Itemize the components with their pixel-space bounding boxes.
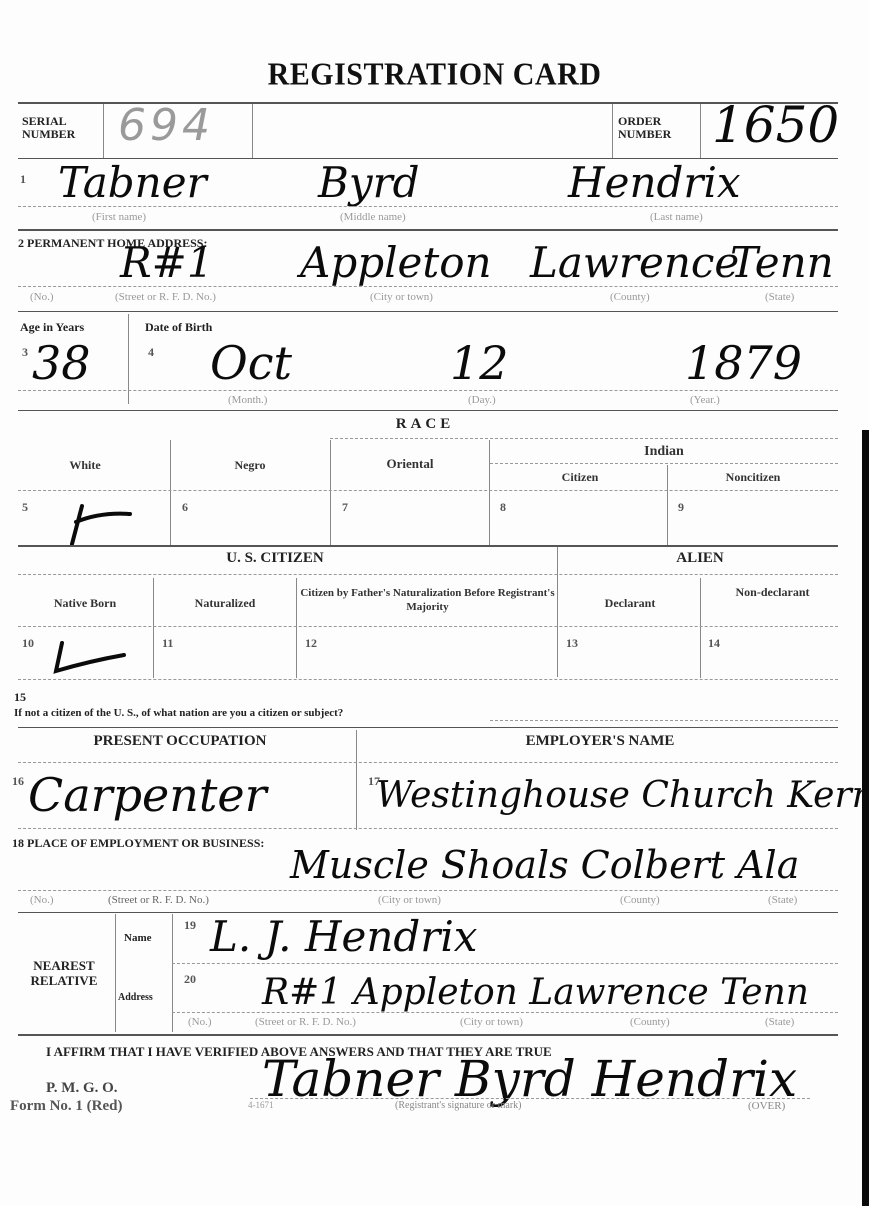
divider (356, 730, 357, 830)
serial-number-value: 694 (118, 100, 214, 151)
age-label: Age in Years (20, 320, 84, 335)
native-born-label: Native Born (20, 596, 150, 611)
caption: (Day.) (468, 394, 496, 406)
divider (18, 679, 838, 680)
divider (250, 1098, 810, 1099)
scan-edge-shadow (862, 430, 869, 1206)
divider (700, 104, 701, 158)
birth-month-value: Oct (210, 336, 292, 390)
divider (170, 440, 171, 545)
caption: (City or town) (378, 894, 441, 906)
caption: (No.) (188, 1016, 212, 1028)
employer-value: Westinghouse Church Kerr Co (376, 775, 869, 816)
race-indian-noncitizen-label: Noncitizen (668, 470, 838, 485)
employment-place-value: Muscle Shoals Colbert Ala (290, 843, 799, 887)
signature-caption: (Registrant's signature or mark) (395, 1100, 522, 1111)
divider (115, 914, 116, 1032)
order-number-label: ORDER NUMBER (618, 115, 698, 141)
divider (172, 963, 838, 964)
field-number: 8 (500, 500, 506, 515)
field-number: 16 (12, 774, 24, 789)
field-number: 13 (566, 636, 578, 651)
divider (103, 104, 104, 158)
divider (18, 762, 838, 763)
relative-name-value: L. J. Hendrix (210, 912, 477, 961)
home-address-city: Appleton (300, 238, 492, 287)
employer-heading: EMPLOYER'S NAME (420, 733, 780, 750)
divider (18, 490, 838, 491)
divider (18, 229, 838, 231)
registrant-signature: Tabner Byrd Hendrix (262, 1050, 797, 1108)
relative-address-label: Address (118, 992, 153, 1003)
field-number: 10 (22, 636, 34, 651)
caption: (State) (765, 291, 794, 303)
us-citizen-heading: U. S. CITIZEN (150, 550, 400, 567)
home-address-state: Tenn (730, 238, 834, 287)
caption: (Month.) (228, 394, 267, 406)
caption: (County) (620, 894, 660, 906)
divider (18, 545, 838, 547)
non-declarant-label: Non-declarant (705, 584, 840, 600)
field-number: 5 (22, 500, 28, 515)
employment-place-label: 18 PLACE OF EMPLOYMENT OR BUSINESS: (12, 836, 264, 851)
checkmark-icon (60, 500, 140, 550)
caption: (County) (630, 1016, 670, 1028)
caption: (Street or R. F. D. No.) (115, 291, 216, 303)
field-number: 20 (184, 972, 196, 987)
field-number: 19 (184, 918, 196, 933)
divider (490, 720, 838, 721)
divider (18, 828, 838, 829)
caption: (Street or R. F. D. No.) (108, 894, 209, 906)
divider (172, 914, 173, 1032)
middle-name-caption: (Middle name) (340, 211, 406, 223)
birth-year-value: 1879 (685, 336, 802, 390)
field-number: 15 (14, 690, 26, 705)
field-number: 1 (20, 172, 26, 187)
last-name-caption: (Last name) (650, 211, 703, 223)
caption: (City or town) (370, 291, 433, 303)
alien-heading: ALIEN (600, 550, 800, 567)
divider (700, 578, 701, 678)
relative-name-label: Name (124, 932, 152, 944)
relative-address-value: R#1 Appleton Lawrence Tenn (262, 972, 809, 1013)
race-white-label: White (20, 458, 150, 473)
field-number: 3 (22, 345, 28, 360)
order-number-value: 1650 (712, 96, 839, 154)
declarant-label: Declarant (560, 596, 700, 611)
divider (252, 104, 253, 158)
occupation-heading: PRESENT OCCUPATION (30, 733, 330, 750)
first-name-value: Tabner (58, 158, 207, 207)
divider (612, 104, 613, 158)
divider (153, 578, 154, 678)
divider (18, 574, 838, 575)
caption: (County) (610, 291, 650, 303)
race-heading: RACE (300, 416, 550, 433)
divider (557, 547, 558, 677)
divider (18, 890, 838, 891)
divider (18, 286, 838, 287)
divider (296, 578, 297, 678)
age-value: 38 (32, 336, 91, 390)
race-oriental-label: Oriental (330, 456, 490, 472)
field-number: 4 (148, 345, 154, 360)
field-number: 9 (678, 500, 684, 515)
divider (18, 410, 838, 411)
race-indian-label: Indian (490, 444, 838, 460)
caption: (City or town) (460, 1016, 523, 1028)
caption: (State) (765, 1016, 794, 1028)
divider (18, 311, 838, 312)
card-title: REGISTRATION CARD (0, 57, 869, 93)
caption: (Year.) (690, 394, 720, 406)
citizen-by-father-label: Citizen by Father's Naturalization Befor… (300, 586, 555, 614)
caption: (Street or R. F. D. No.) (255, 1016, 356, 1028)
nearest-relative-label: NEAREST RELATIVE (18, 958, 110, 988)
divider (18, 626, 838, 627)
form-number-label: Form No. 1 (Red) (10, 1098, 122, 1115)
home-address-number: R#1 (120, 238, 214, 287)
divider (18, 1034, 838, 1036)
pmgo-label: P. M. G. O. (46, 1080, 118, 1097)
birth-day-value: 12 (450, 336, 509, 390)
caption: (No.) (30, 291, 54, 303)
field-number: 11 (162, 636, 173, 651)
caption: (No.) (30, 894, 54, 906)
divider (330, 438, 838, 439)
occupation-value: Carpenter (28, 768, 267, 822)
divider (490, 463, 838, 464)
checkmark-icon (50, 635, 130, 680)
last-name-value: Hendrix (568, 158, 741, 207)
caption: (State) (768, 894, 797, 906)
field-number: 12 (305, 636, 317, 651)
first-name-caption: (First name) (92, 211, 146, 223)
home-address-county: Lawrence (530, 238, 739, 287)
print-code: 4-1671 (248, 1100, 274, 1110)
divider (172, 1012, 838, 1013)
divider (18, 727, 838, 728)
divider (18, 206, 838, 207)
over-label: (OVER) (748, 1100, 785, 1112)
race-indian-citizen-label: Citizen (490, 470, 670, 485)
nation-question: If not a citizen of the U. S., of what n… (14, 707, 343, 719)
field-number: 6 (182, 500, 188, 515)
serial-number-label: SERIAL NUMBER (22, 115, 102, 141)
divider (18, 390, 838, 391)
race-negro-label: Negro (175, 458, 325, 473)
birth-date-label: Date of Birth (145, 320, 212, 335)
field-number: 7 (342, 500, 348, 515)
naturalized-label: Naturalized (155, 596, 295, 611)
middle-name-value: Byrd (318, 158, 420, 207)
field-number: 14 (708, 636, 720, 651)
